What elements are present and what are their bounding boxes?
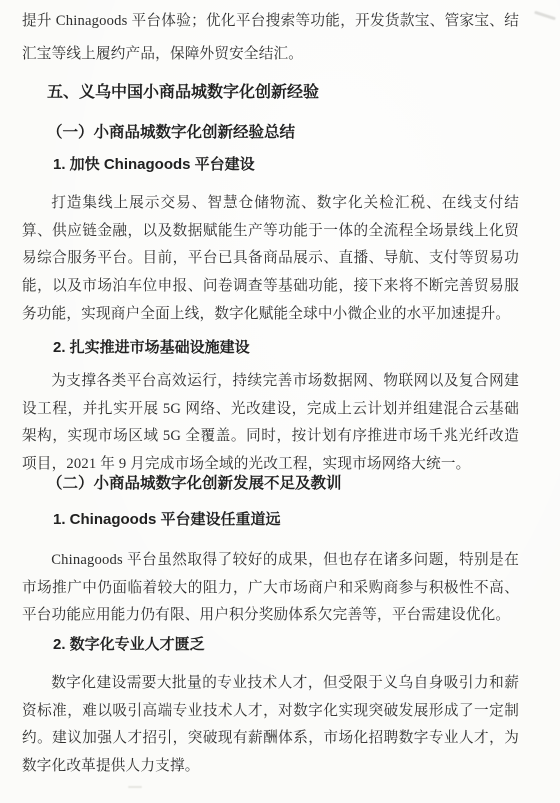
subsection-1-item-1-paragraph: 打造集线上展示交易、智慧仓储物流、数字化关检汇税、在线支付结算、供应链金融，以及… [22,190,519,329]
subsection-2-item-1-heading: 1. Chinagoods 平台建设任重道远 [53,511,281,528]
continuation-paragraph: 提升 Chinagoods 平台体验；优化平台搜索等功能，开发货款宝、管家宝、结… [22,5,519,71]
scan-speck [128,786,142,788]
subsection-1-heading: （一）小商品城数字化创新经验总结 [47,124,295,142]
scan-smudge [534,11,556,21]
subsection-2-heading: （二）小商品城数字化创新发展不足及教训 [47,475,342,493]
section-heading: 五、义乌中国小商品城数字化创新经验 [47,84,319,102]
subsection-1-item-2-heading: 2. 扎实推进市场基础设施建设 [53,339,250,356]
subsection-2-item-1-paragraph: Chinagoods 平台虽然取得了较好的成果，但也存在诸多问题，特别是在市场推… [22,547,519,630]
subsection-1-item-2-paragraph: 为支撑各类平台高效运行，持续完善市场数据网、物联网以及复合网建设工程，并扎实开展… [22,368,519,479]
subsection-2-item-2-heading: 2. 数字化专业人才匮乏 [53,636,205,653]
document-page: 提升 Chinagoods 平台体验；优化平台搜索等功能，开发货款宝、管家宝、结… [0,0,560,803]
subsection-2-item-2-paragraph: 数字化建设需要大批量的专业技术人才，但受限于义乌自身吸引力和薪资标准，难以吸引高… [22,670,519,781]
subsection-1-item-1-heading: 1. 加快 Chinagoods 平台建设 [53,156,255,173]
